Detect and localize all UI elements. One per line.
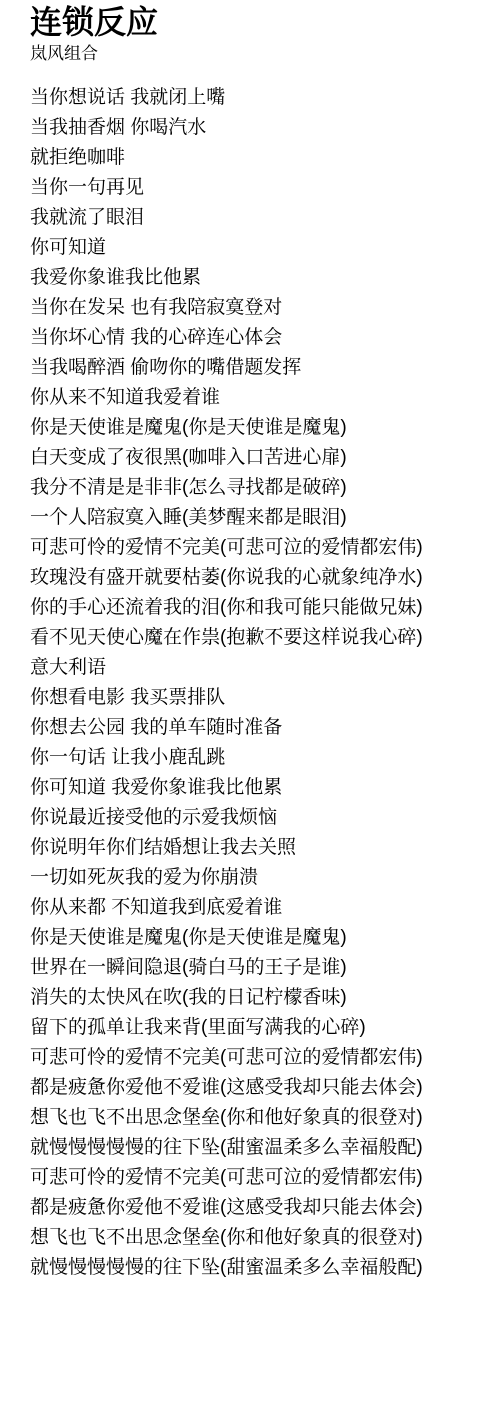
lyric-line: 你的手心还流着我的泪(你和我可能只能做兄妹)	[30, 593, 490, 623]
lyric-line: 我分不清是是非非(怎么寻找都是破碎)	[30, 473, 490, 503]
lyrics-page: 连锁反应 岚风组合 当你想说话 我就闭上嘴当我抽香烟 你喝汽水就拒绝咖啡当你一句…	[0, 0, 500, 1283]
lyric-line: 你说明年你们结婚想让我去关照	[30, 833, 490, 863]
lyric-line: 你从来都 不知道我到底爱着谁	[30, 893, 490, 923]
lyric-line: 你说最近接受他的示爱我烦恼	[30, 803, 490, 833]
lyric-line: 意大利语	[30, 653, 490, 683]
lyric-line: 就拒绝咖啡	[30, 143, 490, 173]
lyric-line: 当你一句再见	[30, 173, 490, 203]
lyric-line: 可悲可怜的爱情不完美(可悲可泣的爱情都宏伟)	[30, 1043, 490, 1073]
lyric-line: 你想看电影 我买票排队	[30, 683, 490, 713]
lyric-line: 看不见天使心魔在作祟(抱歉不要这样说我心碎)	[30, 623, 490, 653]
lyric-line: 你想去公园 我的单车随时准备	[30, 713, 490, 743]
lyric-line: 世界在一瞬间隐退(骑白马的王子是谁)	[30, 953, 490, 983]
lyric-line: 可悲可怜的爱情不完美(可悲可泣的爱情都宏伟)	[30, 1163, 490, 1193]
artist-name: 岚风组合	[30, 42, 490, 66]
lyric-line: 当你坏心情 我的心碎连心体会	[30, 323, 490, 353]
lyric-line: 当你想说话 我就闭上嘴	[30, 83, 490, 113]
lyric-line: 消失的太快风在吹(我的日记柠檬香味)	[30, 983, 490, 1013]
lyric-line: 我爱你象谁我比他累	[30, 263, 490, 293]
lyric-line: 想飞也飞不出思念堡垒(你和他好象真的很登对)	[30, 1223, 490, 1253]
lyric-line: 玫瑰没有盛开就要枯萎(你说我的心就象纯净水)	[30, 563, 490, 593]
lyric-line: 白天变成了夜很黑(咖啡入口苦进心扉)	[30, 443, 490, 473]
lyric-line: 都是疲惫你爱他不爱谁(这感受我却只能去体会)	[30, 1073, 490, 1103]
lyric-line: 想飞也飞不出思念堡垒(你和他好象真的很登对)	[30, 1103, 490, 1133]
lyrics-body: 当你想说话 我就闭上嘴当我抽香烟 你喝汽水就拒绝咖啡当你一句再见我就流了眼泪你可…	[30, 83, 490, 1283]
lyric-line: 你可知道	[30, 233, 490, 263]
lyric-line: 就慢慢慢慢慢的往下坠(甜蜜温柔多么幸福般配)	[30, 1253, 490, 1283]
lyric-line: 你是天使谁是魔鬼(你是天使谁是魔鬼)	[30, 923, 490, 953]
lyric-line: 你可知道 我爱你象谁我比他累	[30, 773, 490, 803]
lyric-line: 可悲可怜的爱情不完美(可悲可泣的爱情都宏伟)	[30, 533, 490, 563]
lyric-line: 你是天使谁是魔鬼(你是天使谁是魔鬼)	[30, 413, 490, 443]
lyric-line: 一个人陪寂寞入睡(美梦醒来都是眼泪)	[30, 503, 490, 533]
song-title: 连锁反应	[30, 2, 490, 42]
lyric-line: 都是疲惫你爱他不爱谁(这感受我却只能去体会)	[30, 1193, 490, 1223]
lyric-line: 你一句话 让我小鹿乱跳	[30, 743, 490, 773]
lyric-line: 当我喝醉酒 偷吻你的嘴借题发挥	[30, 353, 490, 383]
lyric-line: 一切如死灰我的爱为你崩溃	[30, 863, 490, 893]
lyric-line: 我就流了眼泪	[30, 203, 490, 233]
lyric-line: 你从来不知道我爱着谁	[30, 383, 490, 413]
lyric-line: 留下的孤单让我来背(里面写满我的心碎)	[30, 1013, 490, 1043]
lyric-line: 就慢慢慢慢慢的往下坠(甜蜜温柔多么幸福般配)	[30, 1133, 490, 1163]
lyric-line: 当我抽香烟 你喝汽水	[30, 113, 490, 143]
lyric-line: 当你在发呆 也有我陪寂寞登对	[30, 293, 490, 323]
